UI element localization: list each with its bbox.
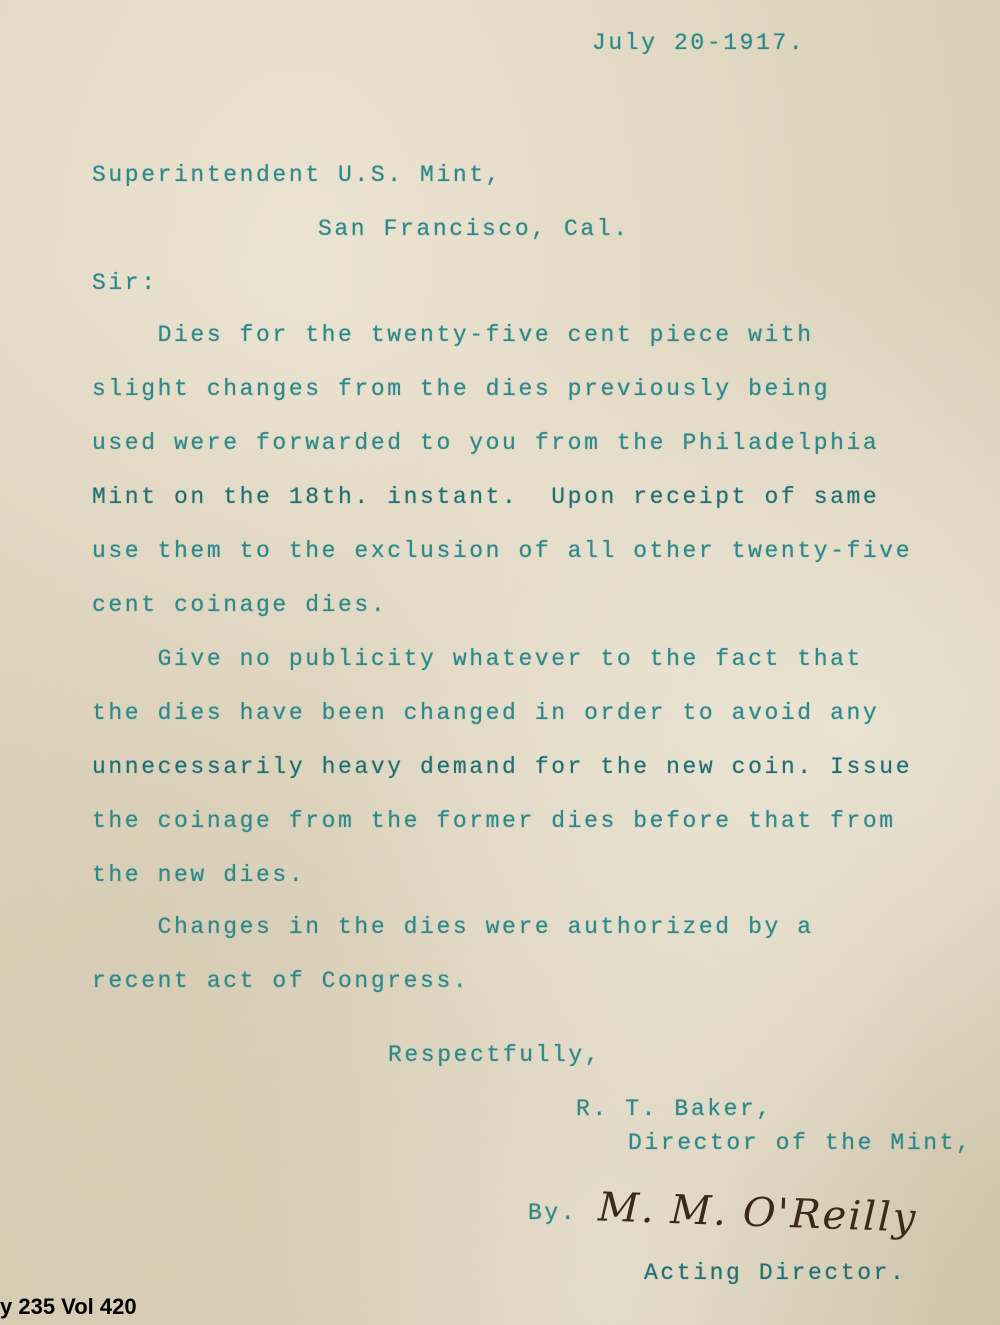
addressee-line-2: San Francisco, Cal.: [318, 216, 630, 242]
body-line: the coinage from the former dies before …: [92, 808, 896, 834]
body-line: Dies for the twenty-five cent piece with: [92, 322, 814, 348]
acting-title: Acting Director.: [644, 1260, 906, 1286]
body-line: Give no publicity whatever to the fact t…: [92, 646, 863, 672]
body-line: use them to the exclusion of all other t…: [92, 538, 912, 564]
letter-date: July 20-1917.: [592, 30, 805, 56]
body-line: the dies have been changed in order to a…: [92, 700, 879, 726]
body-line: unnecessarily heavy demand for the new c…: [92, 754, 912, 780]
addressee-line-1: Superintendent U.S. Mint,: [92, 162, 502, 188]
closing: Respectfully,: [388, 1042, 601, 1068]
body-line: slight changes from the dies previously …: [92, 376, 830, 402]
body-line: used were forwarded to you from the Phil…: [92, 430, 879, 456]
archive-reference-label: y 235 Vol 420: [0, 1294, 137, 1320]
signer-title: Director of the Mint,: [628, 1130, 972, 1156]
handwritten-signature: M. M. O'Reilly: [597, 1184, 918, 1241]
body-line: the new dies.: [92, 862, 305, 888]
body-line: Mint on the 18th. instant. Upon receipt …: [92, 484, 879, 510]
signer-name: R. T. Baker,: [576, 1096, 773, 1122]
body-line: Changes in the dies were authorized by a: [92, 914, 814, 940]
body-line: cent coinage dies.: [92, 592, 387, 618]
salutation: Sir:: [92, 270, 158, 296]
body-line: recent act of Congress.: [92, 968, 469, 994]
by-label: By.: [528, 1200, 577, 1226]
